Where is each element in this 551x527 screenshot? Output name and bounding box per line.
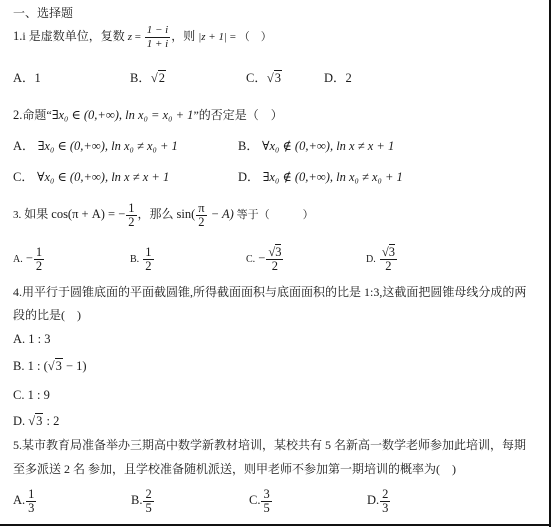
q4-option-a[interactable]: A. 1 : 3 [13,331,51,347]
q3-option-b[interactable]: B. 12 [130,243,155,275]
question-3-stem: 3. 如果 cos(π + A) = −12，那么 sin(π2 − A) 等于… [13,199,314,230]
q5-option-a[interactable]: A.13 [13,485,37,515]
q1-option-b[interactable]: B．√2 [130,70,166,86]
section-title: 一、选择题 [13,5,73,21]
q5-option-b[interactable]: B.25 [131,485,155,515]
fraction: π2 [196,202,206,229]
question-5-stem-line2: 至多派送 2 名 参加，且学校准备随机派送，则甲老师不参加第一期培训的概率为( … [13,461,456,477]
q2-option-c[interactable]: C． ∀x₀ ∈ (0,+∞), ln x ≠ x + 1 [13,169,169,185]
sqrt: √2 [151,70,166,86]
q2-option-a[interactable]: A． ∃x₀ ∈ (0,+∞), ln x₀ ≠ x₀ + 1 [13,138,178,154]
q4-option-c[interactable]: C. 1 : 9 [13,387,50,403]
q4-option-d[interactable]: D. √3 : 2 [13,413,59,429]
q3-option-c[interactable]: C. −√32 [246,243,284,275]
q5-option-d[interactable]: D.23 [367,485,391,515]
question-2-stem: 2.命题“∃x₀ ∈ (0,+∞), ln x₀ = x₀ + 1”的否定是（ … [13,107,283,123]
fraction: 1 − i1 + i [145,24,170,51]
q4-option-b[interactable]: B. 1 : (√3 − 1) [13,358,87,374]
question-5-stem-line1: 5.某市教育局准备举办三期高中数学新教材培训，某校共有 5 名新高一数学老师参加… [13,437,526,453]
q1-option-a[interactable]: A．1 [13,70,41,86]
q2-option-d[interactable]: D． ∃x₀ ∉ (0,+∞), ln x₀ ≠ x₀ + 1 [238,169,403,185]
q1-option-c[interactable]: C．√3 [246,70,282,86]
q2-option-b[interactable]: B． ∀x₀ ∉ (0,+∞), ln x ≠ x + 1 [238,138,394,154]
q5-option-c[interactable]: C.35 [249,485,273,515]
q3-option-d[interactable]: D. √32 [366,243,398,275]
sqrt: √3 [267,70,282,86]
question-4-stem-line1: 4.用平行于圆锥底面的平面截圆锥,所得截面面积与底面面积的比是 1:3,这截面把… [13,284,526,300]
fraction: 12 [126,202,136,229]
question-1-stem: 1.i 是虚数单位，复数 z = 1 − i1 + i，则 |z + 1| = … [13,22,272,51]
q1-option-d[interactable]: D．2 [324,70,352,86]
q3-option-a[interactable]: A. −12 [13,243,45,275]
question-number: 1. [13,29,22,43]
question-4-stem-line2: 段的比是( ) [13,307,81,323]
page-border-bottom [0,524,551,526]
